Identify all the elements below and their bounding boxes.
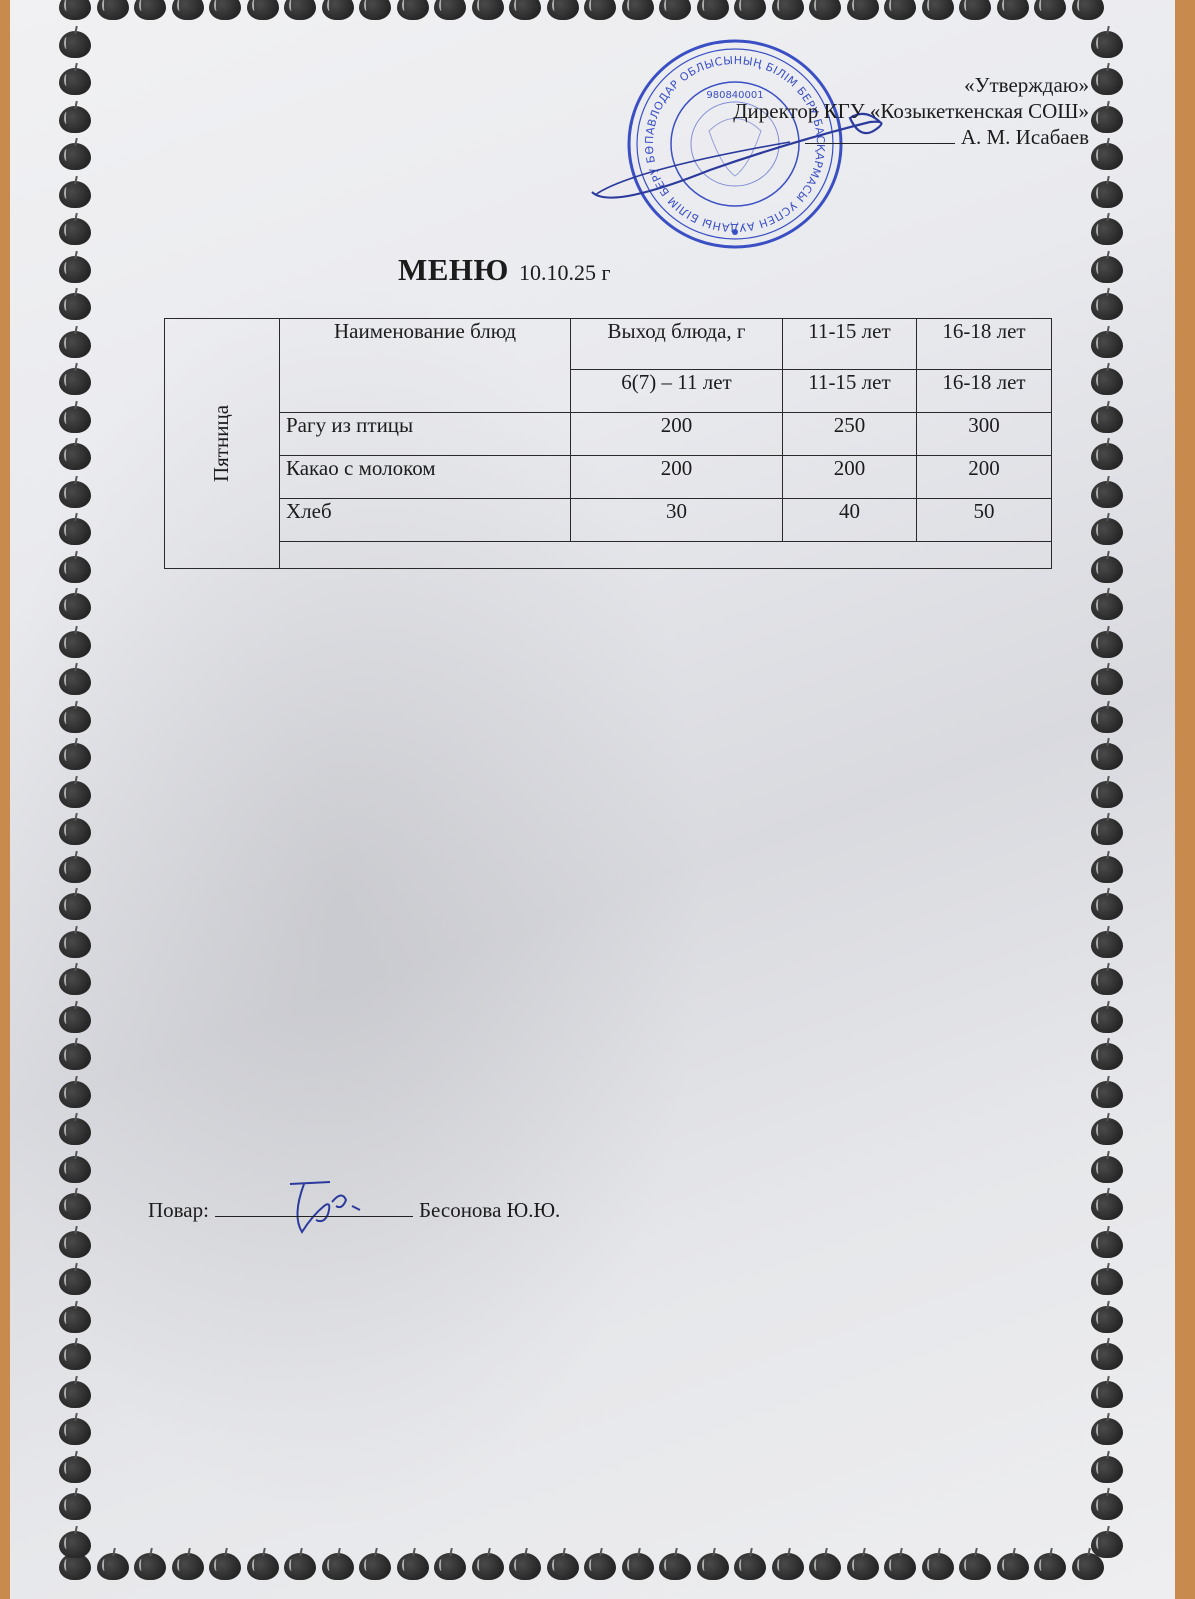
apple-icon bbox=[58, 1263, 92, 1295]
apple-icon bbox=[1090, 1076, 1124, 1108]
apple-icon bbox=[1090, 588, 1124, 620]
document-page: ПАВЛОДАР ОБЛЫСЫНЫҢ БІЛІМ БЕРУ БАСҚАРМАСЫ… bbox=[10, 0, 1175, 1599]
apple-icon bbox=[58, 1188, 92, 1220]
apple-icon bbox=[1090, 1001, 1124, 1033]
apple-icon bbox=[508, 0, 542, 20]
cook-signature-block: Повар:Бесонова Ю.Ю. bbox=[148, 1198, 560, 1223]
portion-value: 30 bbox=[571, 499, 783, 542]
approval-title: «Утверждаю» bbox=[733, 72, 1089, 98]
apple-icon bbox=[283, 1548, 317, 1580]
apple-icon bbox=[171, 0, 205, 20]
director-name: А. М. Исабаев bbox=[961, 125, 1089, 149]
apple-icon bbox=[733, 0, 767, 20]
shadow-overlay bbox=[10, 0, 1175, 1599]
menu-table: Пятница Наименование блюд Выход блюда, г… bbox=[164, 318, 1052, 569]
apple-icon bbox=[58, 288, 92, 320]
apple-icon bbox=[1090, 1338, 1124, 1370]
apple-icon bbox=[1090, 1151, 1124, 1183]
header-age-11-15: 11-15 лет bbox=[782, 319, 916, 370]
apple-icon bbox=[96, 0, 130, 20]
apple-icon bbox=[696, 0, 730, 20]
apple-icon bbox=[58, 1376, 92, 1408]
apple-icon bbox=[1090, 101, 1124, 133]
apple-icon bbox=[396, 1548, 430, 1580]
subheader-age-6-11: 6(7) – 11 лет bbox=[571, 370, 783, 413]
apple-icon bbox=[658, 1548, 692, 1580]
apple-icon bbox=[1033, 0, 1067, 20]
apple-icon bbox=[358, 0, 392, 20]
apple-icon bbox=[58, 251, 92, 283]
apple-icon bbox=[1090, 776, 1124, 808]
apple-icon bbox=[583, 0, 617, 20]
portion-value: 250 bbox=[782, 413, 916, 456]
apple-icon bbox=[1090, 63, 1124, 95]
apple-icon bbox=[1090, 851, 1124, 883]
apple-icon bbox=[1090, 888, 1124, 920]
apple-icon bbox=[1090, 626, 1124, 658]
apple-icon bbox=[133, 0, 167, 20]
apple-icon bbox=[58, 738, 92, 770]
apple-icon bbox=[246, 0, 280, 20]
apple-icon bbox=[58, 401, 92, 433]
table-row: Хлеб 30 40 50 bbox=[165, 499, 1052, 542]
dish-name: Хлеб bbox=[280, 499, 571, 542]
empty-cell bbox=[280, 542, 1052, 569]
apple-icon bbox=[58, 1038, 92, 1070]
apple-icon bbox=[1090, 326, 1124, 358]
table-row: Какао с молоком 200 200 200 bbox=[165, 456, 1052, 499]
apple-icon bbox=[1090, 1113, 1124, 1145]
apple-icon bbox=[58, 513, 92, 545]
apple-icon bbox=[58, 926, 92, 958]
portion-value: 40 bbox=[782, 499, 916, 542]
apple-icon bbox=[58, 888, 92, 920]
apple-icon bbox=[771, 1548, 805, 1580]
portion-value: 300 bbox=[916, 413, 1051, 456]
apple-icon bbox=[58, 1076, 92, 1108]
apple-icon bbox=[846, 0, 880, 20]
apple-icon bbox=[1090, 1526, 1124, 1558]
portion-value: 200 bbox=[782, 456, 916, 499]
apple-icon bbox=[58, 663, 92, 695]
apple-icon bbox=[958, 1548, 992, 1580]
apple-icon bbox=[921, 1548, 955, 1580]
apple-icon bbox=[1090, 438, 1124, 470]
apple-icon bbox=[883, 1548, 917, 1580]
apple-icon bbox=[1090, 1376, 1124, 1408]
apple-icon bbox=[58, 101, 92, 133]
cook-name: Бесонова Ю.Ю. bbox=[419, 1198, 560, 1222]
apple-icon bbox=[208, 0, 242, 20]
apple-icon bbox=[58, 0, 92, 20]
apple-icon bbox=[846, 1548, 880, 1580]
apple-icon bbox=[358, 1548, 392, 1580]
menu-date: 10.10.25 г bbox=[519, 260, 611, 285]
apple-icon bbox=[1033, 1548, 1067, 1580]
apple-icon bbox=[58, 326, 92, 358]
apple-icon bbox=[1090, 213, 1124, 245]
apple-icon bbox=[583, 1548, 617, 1580]
apple-icon bbox=[58, 1151, 92, 1183]
apple-icon bbox=[171, 1548, 205, 1580]
apple-icon bbox=[58, 138, 92, 170]
apple-icon bbox=[1090, 551, 1124, 583]
apple-icon bbox=[883, 0, 917, 20]
apple-icon bbox=[1090, 701, 1124, 733]
subheader-age-16-18: 16-18 лет bbox=[916, 370, 1051, 413]
apple-icon bbox=[1090, 1263, 1124, 1295]
apple-icon bbox=[1090, 813, 1124, 845]
apple-icon bbox=[508, 1548, 542, 1580]
apple-icon bbox=[1090, 401, 1124, 433]
apple-icon bbox=[58, 1113, 92, 1145]
apple-icon bbox=[658, 0, 692, 20]
apple-icon bbox=[58, 701, 92, 733]
apple-icon bbox=[1090, 476, 1124, 508]
apple-icon bbox=[1090, 1301, 1124, 1333]
apple-icon bbox=[58, 176, 92, 208]
apple-icon bbox=[621, 0, 655, 20]
apple-icon bbox=[1090, 363, 1124, 395]
apple-icon bbox=[58, 476, 92, 508]
apple-icon bbox=[58, 963, 92, 995]
apple-icon bbox=[1090, 176, 1124, 208]
header-yield: Выход блюда, г bbox=[571, 319, 783, 370]
apple-icon bbox=[433, 1548, 467, 1580]
apple-icon bbox=[1090, 926, 1124, 958]
apple-icon bbox=[58, 1451, 92, 1483]
apple-icon bbox=[58, 626, 92, 658]
portion-value: 50 bbox=[916, 499, 1051, 542]
apple-icon bbox=[58, 1226, 92, 1258]
apple-icon bbox=[58, 1413, 92, 1445]
apple-icon bbox=[58, 1001, 92, 1033]
apple-icon bbox=[96, 1548, 130, 1580]
apple-icon bbox=[1090, 1038, 1124, 1070]
approval-position: Директор КГУ «Козыкеткенская СОШ» bbox=[733, 98, 1089, 124]
apple-icon bbox=[1090, 251, 1124, 283]
apple-icon bbox=[1090, 138, 1124, 170]
apple-icon bbox=[546, 1548, 580, 1580]
apple-icon bbox=[958, 0, 992, 20]
apple-icon bbox=[1071, 0, 1105, 20]
apple-icon bbox=[321, 1548, 355, 1580]
apple-icon bbox=[996, 0, 1030, 20]
apple-icon bbox=[133, 1548, 167, 1580]
apple-icon bbox=[58, 438, 92, 470]
signature-line bbox=[215, 1215, 413, 1217]
approval-block: «Утверждаю» Директор КГУ «Козыкеткенская… bbox=[733, 72, 1089, 150]
apple-icon bbox=[321, 0, 355, 20]
apple-icon bbox=[696, 1548, 730, 1580]
apple-icon bbox=[433, 0, 467, 20]
portion-value: 200 bbox=[571, 413, 783, 456]
header-dish-name: Наименование блюд bbox=[280, 319, 571, 413]
apple-icon bbox=[1090, 1226, 1124, 1258]
portion-value: 200 bbox=[571, 456, 783, 499]
day-cell: Пятница bbox=[165, 319, 280, 569]
apple-icon bbox=[58, 1338, 92, 1370]
apple-icon bbox=[283, 0, 317, 20]
apple-icon bbox=[1090, 1488, 1124, 1520]
apple-icon bbox=[58, 63, 92, 95]
approval-signature-line: А. М. Исабаев bbox=[733, 124, 1089, 150]
apple-icon bbox=[58, 1488, 92, 1520]
apple-icon bbox=[58, 588, 92, 620]
apple-icon bbox=[1090, 963, 1124, 995]
table-row: Рагу из птицы 200 250 300 bbox=[165, 413, 1052, 456]
apple-icon bbox=[58, 26, 92, 58]
apple-icon bbox=[471, 0, 505, 20]
apple-icon bbox=[921, 0, 955, 20]
apple-icon bbox=[1090, 663, 1124, 695]
apple-icon bbox=[471, 1548, 505, 1580]
apple-icon bbox=[58, 551, 92, 583]
page-title: МЕНЮ 10.10.25 г bbox=[398, 252, 611, 288]
dish-name: Рагу из птицы bbox=[280, 413, 571, 456]
subheader-age-11-15: 11-15 лет bbox=[782, 370, 916, 413]
apple-icon bbox=[58, 776, 92, 808]
apple-icon bbox=[1090, 1451, 1124, 1483]
apple-icon bbox=[1090, 1413, 1124, 1445]
apple-icon bbox=[733, 1548, 767, 1580]
portion-value: 200 bbox=[916, 456, 1051, 499]
cook-label: Повар: bbox=[148, 1198, 209, 1222]
apple-icon bbox=[396, 0, 430, 20]
apple-icon bbox=[58, 1301, 92, 1333]
apple-icon bbox=[58, 851, 92, 883]
apple-icon bbox=[58, 1526, 92, 1558]
day-label: Пятница bbox=[209, 405, 234, 482]
apple-icon bbox=[808, 1548, 842, 1580]
apple-icon bbox=[1090, 513, 1124, 545]
apple-icon bbox=[621, 1548, 655, 1580]
apple-icon bbox=[58, 813, 92, 845]
apple-icon bbox=[546, 0, 580, 20]
apple-icon bbox=[808, 0, 842, 20]
apple-icon bbox=[58, 363, 92, 395]
apple-icon bbox=[1090, 738, 1124, 770]
apple-icon bbox=[996, 1548, 1030, 1580]
apple-icon bbox=[246, 1548, 280, 1580]
apple-icon bbox=[771, 0, 805, 20]
apple-icon bbox=[1090, 26, 1124, 58]
empty-row bbox=[165, 542, 1052, 569]
menu-heading: МЕНЮ bbox=[398, 252, 509, 287]
apple-icon bbox=[1090, 1188, 1124, 1220]
apple-icon bbox=[208, 1548, 242, 1580]
apple-icon bbox=[1090, 288, 1124, 320]
dish-name: Какао с молоком bbox=[280, 456, 571, 499]
header-age-16-18: 16-18 лет bbox=[916, 319, 1051, 370]
apple-icon bbox=[58, 213, 92, 245]
